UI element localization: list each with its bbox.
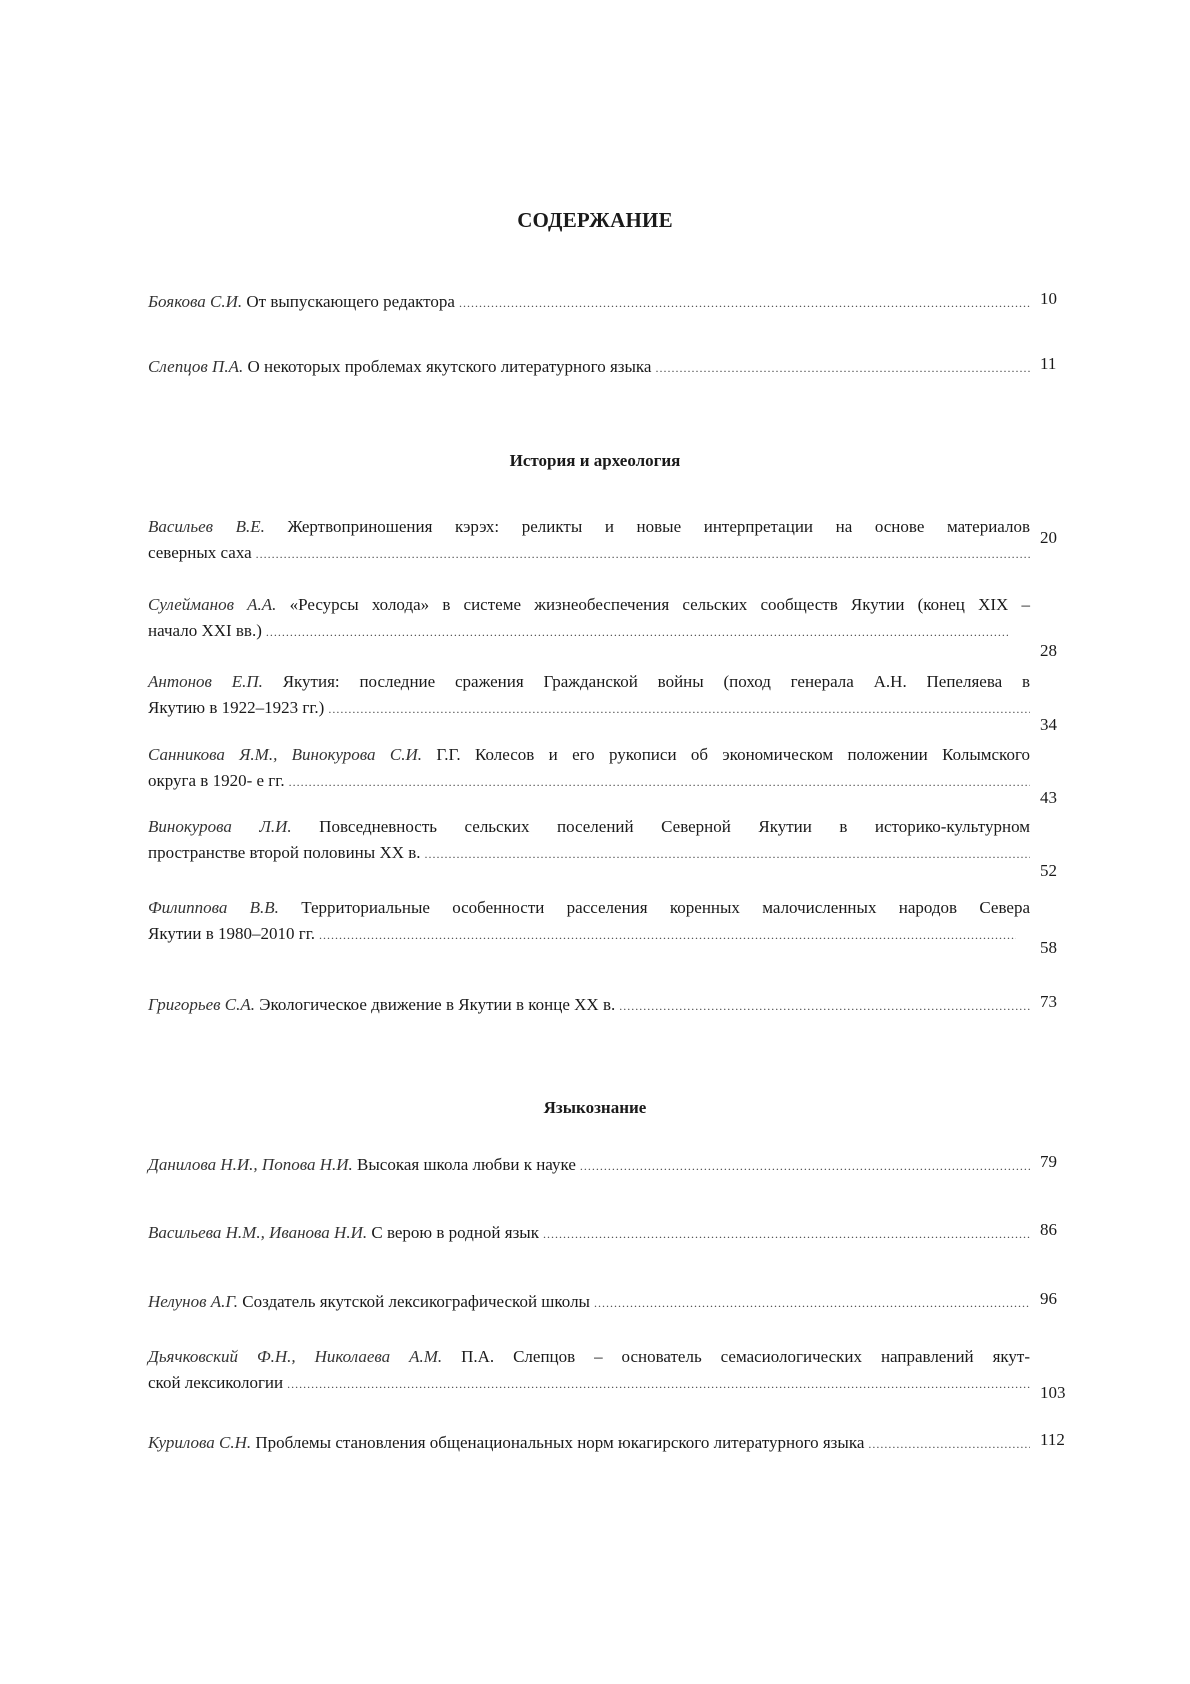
entry-title: Высокая школа любви к науке (357, 1152, 576, 1178)
entry-author: Дьячковский Ф.Н., Николаева А.М. (148, 1347, 442, 1366)
toc-entry[interactable]: Васильев В.Е. Жертвоприношения кэрэх: ре… (148, 514, 1030, 566)
entry-author: Курилова С.Н. (148, 1430, 251, 1456)
entry-page-number: 10 (1040, 289, 1080, 309)
leader-dots (868, 1431, 1030, 1457)
entry-title-cont: Якутию в 1922–1923 гг.) (148, 695, 324, 721)
entry-title-cont: Якутии в 1980–2010 гг. (148, 921, 315, 947)
toc-entry[interactable]: Курилова С.Н. Проблемы становления общен… (148, 1430, 1030, 1456)
entry-page-number: 103 (1040, 1383, 1080, 1403)
toc-entry[interactable]: Филиппова В.В. Территориальные особеннос… (148, 895, 1030, 947)
entry-author: Филиппова В.В. (148, 898, 279, 917)
entry-author: Винокурова Л.И. (148, 817, 292, 836)
entry-title: Территориальные особенности расселения к… (301, 898, 1030, 917)
leader-dots (580, 1153, 1030, 1179)
entry-title: От выпускающего редактора (246, 289, 455, 315)
entry-page-number: 43 (1040, 788, 1080, 808)
toc-entry[interactable]: Данилова Н.И., Попова Н.И. Высокая школа… (148, 1152, 1030, 1178)
entry-page-number: 58 (1040, 938, 1080, 958)
entry-author: Антонов Е.П. (148, 672, 263, 691)
entry-page-number: 79 (1040, 1152, 1080, 1172)
entry-author: Боякова С.И. (148, 289, 242, 315)
entry-page-number: 20 (1040, 528, 1080, 548)
leader-dots (459, 290, 1030, 316)
entry-author: Нелунов А.Г. (148, 1289, 238, 1315)
entry-page-number: 52 (1040, 861, 1080, 881)
entry-title: Создатель якутской лексикографической шк… (242, 1289, 590, 1315)
entry-author: Васильев В.Е. (148, 517, 265, 536)
entry-page-number: 28 (1040, 641, 1080, 661)
toc-entry[interactable]: Слепцов П.А. О некоторых проблемах якутс… (148, 354, 1030, 380)
leader-dots (287, 1371, 1030, 1397)
entry-title-cont: округа в 1920- е гг. (148, 768, 285, 794)
entry-title: Экологическое движение в Якутии в конце … (259, 992, 615, 1018)
entry-author: Санникова Я.М., Винокурова С.И. (148, 745, 422, 764)
leader-dots (594, 1290, 1030, 1316)
section-heading: История и археология (0, 451, 1190, 471)
leader-dots (328, 696, 1030, 722)
entry-title: «Ресурсы холода» в системе жизнеобеспече… (290, 595, 1030, 614)
entry-title: Г.Г. Колесов и его рукописи об экономиче… (436, 745, 1030, 764)
entry-page-number: 112 (1040, 1430, 1080, 1450)
leader-dots (266, 619, 1008, 645)
toc-entry[interactable]: Антонов Е.П. Якутия: последние сражения … (148, 669, 1030, 721)
leader-dots (619, 993, 1030, 1019)
entry-title: П.А. Слепцов – основатель семасиологичес… (461, 1347, 1030, 1366)
leader-dots (289, 769, 1030, 795)
toc-entry[interactable]: Васильева Н.М., Иванова Н.И. С верою в р… (148, 1220, 1030, 1246)
entry-page-number: 73 (1040, 992, 1080, 1012)
toc-entry[interactable]: Дьячковский Ф.Н., Николаева А.М. П.А. Сл… (148, 1344, 1030, 1396)
leader-dots (319, 922, 1016, 948)
leader-dots (425, 841, 1030, 867)
entry-title-cont: ской лексикологии (148, 1370, 283, 1396)
entry-title: Проблемы становления общенациональных но… (255, 1430, 864, 1456)
leader-dots (543, 1221, 1030, 1247)
entry-title: Якутия: последние сражения Гражданской в… (283, 672, 1030, 691)
toc-entry[interactable]: Боякова С.И. От выпускающего редактора (148, 289, 1030, 315)
entry-title: С верою в родной язык (371, 1220, 539, 1246)
section-heading: Языкознание (0, 1098, 1190, 1118)
entry-title: Жертвоприношения кэрэх: реликты и новые … (287, 517, 1030, 536)
entry-author: Слепцов П.А. (148, 354, 243, 380)
entry-page-number: 96 (1040, 1289, 1080, 1309)
entry-title: Повседневность сельских поселений Северн… (319, 817, 1030, 836)
toc-title: СОДЕРЖАНИЕ (0, 208, 1190, 233)
entry-author: Данилова Н.И., Попова Н.И. (148, 1152, 353, 1178)
entry-title-cont: начало XXI вв.) (148, 618, 262, 644)
leader-dots (256, 541, 1030, 567)
entry-author: Васильева Н.М., Иванова Н.И. (148, 1220, 367, 1246)
entry-author: Сулейманов А.А. (148, 595, 276, 614)
entry-author: Григорьев С.А. (148, 992, 255, 1018)
entry-title-cont: пространстве второй половины XX в. (148, 840, 421, 866)
entry-title: О некоторых проблемах якутского литерату… (247, 354, 651, 380)
entry-page-number: 86 (1040, 1220, 1080, 1240)
toc-entry[interactable]: Нелунов А.Г. Создатель якутской лексиког… (148, 1289, 1030, 1315)
entry-page-number: 34 (1040, 715, 1080, 735)
leader-dots (655, 355, 1030, 381)
entry-page-number: 11 (1040, 354, 1080, 374)
toc-entry[interactable]: Санникова Я.М., Винокурова С.И. Г.Г. Кол… (148, 742, 1030, 794)
entry-title-cont: северных саха (148, 540, 252, 566)
toc-entry[interactable]: Сулейманов А.А. «Ресурсы холода» в систе… (148, 592, 1030, 644)
toc-entry[interactable]: Григорьев С.А. Экологическое движение в … (148, 992, 1030, 1018)
toc-entry[interactable]: Винокурова Л.И. Повседневность сельских … (148, 814, 1030, 866)
